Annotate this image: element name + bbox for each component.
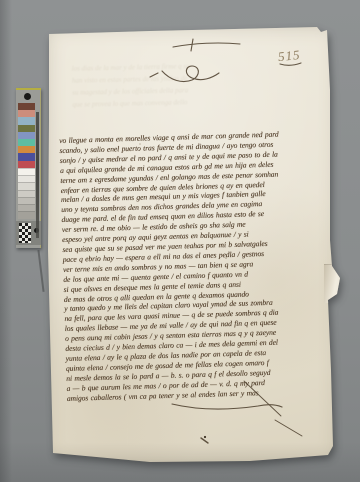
color-patch (18, 161, 35, 168)
registration-dot-icon (24, 93, 31, 100)
gray-step (18, 175, 35, 182)
manuscript-paper: 515 los dias de la mar y de la tierra fi… (44, 24, 340, 466)
color-patch (18, 125, 35, 132)
gray-step (18, 204, 35, 211)
gray-step (18, 197, 35, 204)
gray-step (18, 190, 35, 197)
gray-step (18, 182, 35, 189)
color-patch (18, 146, 35, 153)
checker-grid-icon (19, 223, 31, 243)
color-patch (18, 103, 35, 110)
color-calibration-strip (16, 88, 41, 248)
color-patch (18, 153, 35, 160)
manuscript-text: vo llegue a monta en morelles viage q an… (59, 127, 355, 403)
ink-showthrough-text: los dias de la mar y de la tierra firme … (72, 57, 335, 110)
color-patch (18, 132, 35, 139)
color-patch (18, 139, 35, 146)
target-shadow-bar (36, 112, 39, 238)
gray-step (18, 168, 35, 175)
photo-stage: 515 los dias de la mar y de la tierra fi… (0, 0, 360, 482)
paper-sheet: 515 los dias de la mar y de la tierra fi… (44, 24, 340, 466)
color-patch (18, 110, 35, 117)
color-patch (18, 117, 35, 124)
gray-step (18, 211, 35, 218)
target-header (16, 90, 41, 103)
